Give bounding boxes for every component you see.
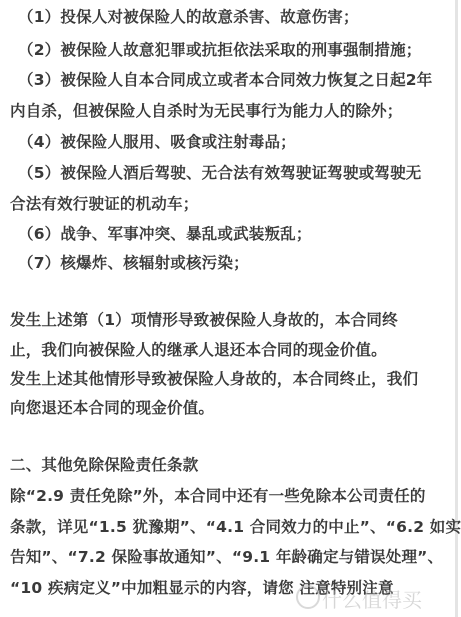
consequence-line-1: 发生上述第（1）项情形导致被保险人身故的，本合同终: [10, 310, 398, 330]
exclusion-item-3-cont: 内自杀，但被保险人自杀时为无民事行为能力人的除外；: [10, 101, 403, 121]
exclusion-item-7: （7）核爆炸、核辐射或核污染；: [18, 253, 249, 273]
watermark-logo-icon: [296, 585, 320, 609]
exclusion-item-1: （1）投保人对被保险人的故意杀害、故意伤害；: [18, 7, 359, 27]
watermark-text: 什么值得买: [322, 584, 422, 613]
consequence-line-4: 向您退还本合同的现金价值。: [10, 398, 214, 418]
section-body-line-3: 告知”、“7.2 保险事故通知”、“9.1 年龄确定与错误处理”、: [10, 547, 443, 567]
exclusion-item-6: （6）战争、军事冲突、暴乱或武装叛乱；: [18, 224, 312, 244]
section-body-line-2: 条款，详见“1.5 犹豫期”、“4.1 合同效力的中止”、“6.2 如实: [10, 517, 461, 537]
exclusion-item-5-cont: 合法有效行驶证的机动车；: [10, 194, 198, 214]
section-body-line-1: 除“2.9 责任免除”外，本合同中还有一些免除本公司责任的: [10, 486, 426, 506]
consequence-line-3: 发生上述其他情形导致被保险人身故的，本合同终止，我们: [10, 369, 418, 389]
exclusion-item-2: （2）被保险人故意犯罪或抗拒依法采取的刑事强制措施；: [18, 40, 422, 60]
section-heading: 二、其他免除保险责任条款: [10, 455, 198, 475]
exclusion-item-5: （5）被保险人酒后驾驶、无合法有效驾驶证驾驶或驾驶无: [18, 163, 422, 183]
exclusion-item-4: （4）被保险人服用、吸食或注射毒品；: [18, 132, 296, 152]
consequence-line-2: 止，我们向被保险人的继承人退还本合同的现金价值。: [10, 340, 387, 360]
exclusion-item-3: （3）被保险人自本合同成立或者本合同效力恢复之日起2年: [18, 70, 432, 90]
document-page: （1）投保人对被保险人的故意杀害、故意伤害； （2）被保险人故意犯罪或抗拒依法采…: [0, 0, 458, 617]
